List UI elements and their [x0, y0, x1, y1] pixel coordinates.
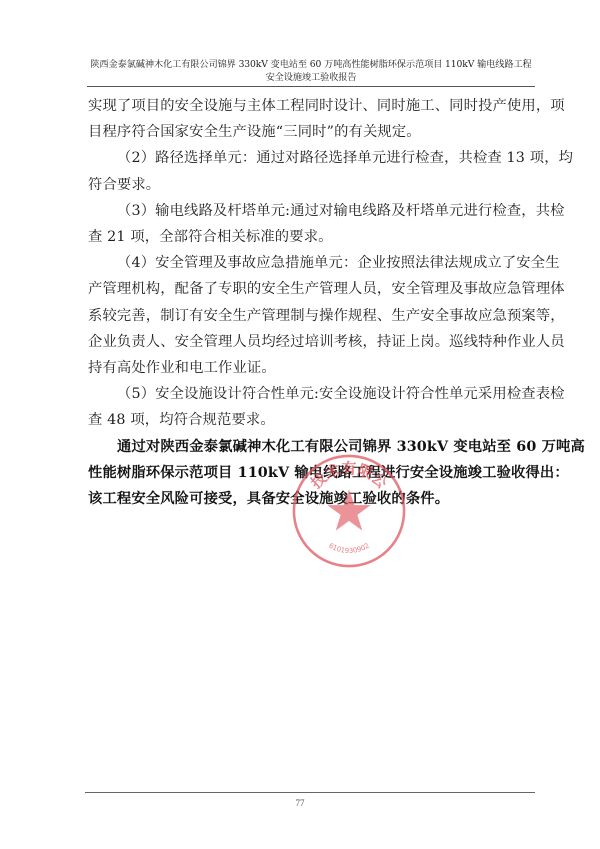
body-text: 实现了项目的安全设施与主体工程同时设计、同时施工、同时投产使用，项 目程序符合国… — [88, 93, 528, 512]
header-title-line2: 安全设施竣工验收报告 — [87, 71, 535, 84]
stamp-number: 6101930902 — [327, 542, 371, 555]
header-divider — [87, 86, 535, 87]
paragraph-three-simultaneities: 实现了项目的安全设施与主体工程同时设计、同时施工、同时投产使用，项 目程序符合国… — [88, 93, 528, 145]
text-line: 系较完善，制订有安全生产管理制与操作规程、生产安全事故应急预案等， — [88, 303, 528, 329]
svg-text:6101930902: 6101930902 — [327, 542, 371, 555]
text-line: （3）输电线路及杆塔单元:通过对输电线路及杆塔单元进行检查，共检 — [88, 198, 528, 224]
text-line: 符合要求。 — [88, 172, 528, 198]
paragraph-conclusion: 通过对陕西金泰氯碱神木化工有限公司锦界 330kV 变电站至 60 万吨高 性能… — [88, 434, 528, 513]
paragraph-design-compliance: （5）安全设施设计符合性单元:安全设施设计符合性单元采用检查表检 查 48 项，… — [88, 381, 528, 433]
text-line: 产管理机构，配备了专职的安全生产管理人员，安全管理及事故应急管理体 — [88, 276, 528, 302]
header-title-line1: 陕西金泰氯碱神木化工有限公司锦界 330kV 变电站至 60 万吨高性能树脂环保… — [87, 58, 535, 71]
text-line: （2）路径选择单元：通过对路径选择单元进行检查，共检查 13 项，均 — [88, 145, 528, 171]
text-line: 查 21 项，全部符合相关标准的要求。 — [88, 224, 528, 250]
text-line: （5）安全设施设计符合性单元:安全设施设计符合性单元采用检查表检 — [88, 381, 528, 407]
text-line: （4）安全管理及事故应急措施单元：企业按照法律法规成立了安全生 — [88, 250, 528, 276]
page-number: 77 — [0, 798, 600, 808]
footer-divider — [85, 792, 535, 793]
text-line: 性能树脂环保示范项目 110kV 输电线路工程进行安全设施竣工验收得出： — [88, 460, 528, 486]
text-line: 实现了项目的安全设施与主体工程同时设计、同时施工、同时投产使用，项 — [88, 93, 528, 119]
paragraph-route-selection: （2）路径选择单元：通过对路径选择单元进行检查，共检查 13 项，均 符合要求。 — [88, 145, 528, 197]
page-header: 陕西金泰氯碱神木化工有限公司锦界 330kV 变电站至 60 万吨高性能树脂环保… — [87, 58, 535, 84]
document-page: 陕西金泰氯碱神木化工有限公司锦界 330kV 变电站至 60 万吨高性能树脂环保… — [0, 0, 600, 849]
paragraph-transmission-line-tower: （3）输电线路及杆塔单元:通过对输电线路及杆塔单元进行检查，共检 查 21 项，… — [88, 198, 528, 250]
text-line: 目程序符合国家安全生产设施“三同时”的有关规定。 — [88, 119, 528, 145]
text-line: 持有高处作业和电工作业证。 — [88, 355, 528, 381]
text-line: 该工程安全风险可接受，具备安全设施竣工验收的条件。 — [88, 486, 528, 512]
text-line: 企业负责人、安全管理人员均经过培训考核，持证上岗。巡线特种作业人员 — [88, 329, 528, 355]
text-line: 通过对陕西金泰氯碱神木化工有限公司锦界 330kV 变电站至 60 万吨高 — [88, 434, 528, 460]
text-line: 查 48 项，均符合规范要求。 — [88, 407, 528, 433]
paragraph-safety-management: （4）安全管理及事故应急措施单元：企业按照法律法规成立了安全生 产管理机构，配备… — [88, 250, 528, 381]
